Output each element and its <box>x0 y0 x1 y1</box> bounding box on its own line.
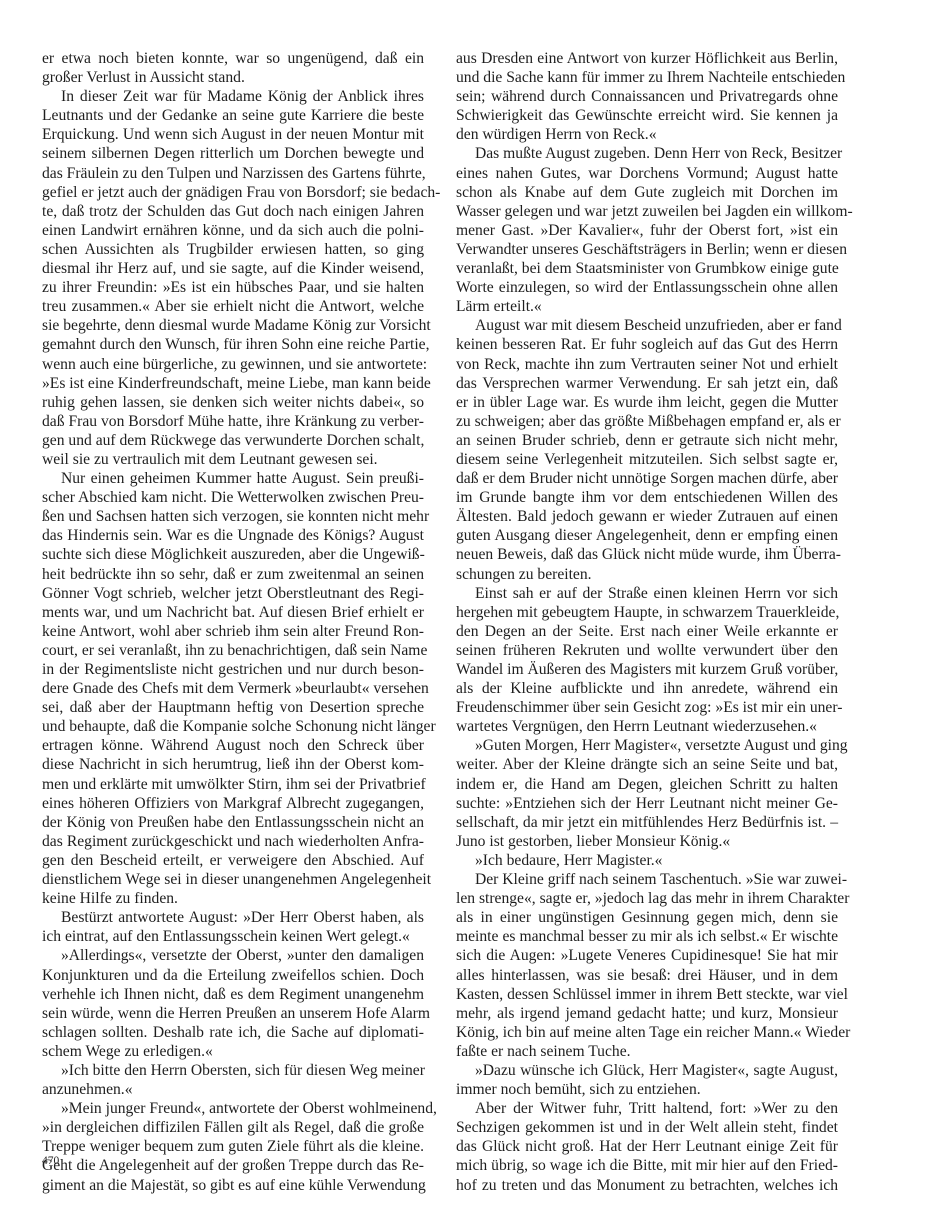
text-line: den würdigen Herrn von Reck.« <box>456 125 838 144</box>
text-line: aus Dresden eine Antwort von kurzer Höfl… <box>456 49 838 68</box>
text-line: Leutnants und der Gedanke an seine gute … <box>42 106 424 125</box>
text-line: seinen früheren Rekruten und wollte verw… <box>456 641 838 660</box>
text-line: Worte einzulegen, so wird der Entlassung… <box>456 278 838 297</box>
text-line: te, daß trotz der Schulden das Gut doch … <box>42 202 424 221</box>
paragraph-first-line: Aber der Witwer fuhr, Tritt haltend, for… <box>456 1099 838 1118</box>
text-line: zu schweigen; aber das größte Mißbehagen… <box>456 412 838 431</box>
text-line: und die Sache kann für immer zu Ihrem Na… <box>456 68 838 87</box>
text-line: mener Gast. »Der Kavalier«, fuhr der Obe… <box>456 221 838 240</box>
paragraph-first-line: August war mit diesem Bescheid unzufried… <box>456 316 838 335</box>
paragraph-first-line: »Ich bitte den Herrn Obersten, sich für … <box>42 1061 424 1080</box>
text-line: daß Frau von Borsdorf Mühe hatte, ihre K… <box>42 412 424 431</box>
text-line: veranlaßt, bei dem Staatsminister von Gr… <box>456 259 838 278</box>
paragraph-first-line: »Dazu wünsche ich Glück, Herr Magister«,… <box>456 1061 838 1080</box>
text-line: ich eintrat, auf den Entlassungsschein k… <box>42 927 424 946</box>
text-line: keine Antwort, wohl aber schrieb ihm sei… <box>42 622 424 641</box>
text-line: eines nahen Gutes, war Dorchens Vormund;… <box>456 164 838 183</box>
text-line: sie begehrte, denn diesmal wurde Madame … <box>42 316 424 335</box>
text-line: Schwierigkeit das Gewünschte erreicht wi… <box>456 106 838 125</box>
text-line: in der Regimentsliste nicht gestrichen u… <box>42 660 424 679</box>
text-line: Sechzigen gekommen ist und in der Welt a… <box>456 1118 838 1137</box>
text-line: dere Gnade des Chefs mit dem Vermerk »be… <box>42 679 424 698</box>
text-line: hergehen mit gebeugtem Haupte, in schwar… <box>456 603 838 622</box>
paragraph-first-line: »Guten Morgen, Herr Magister«, versetzte… <box>456 736 838 755</box>
text-line: den Degen an der Seite. Erst nach einer … <box>456 622 838 641</box>
text-line: keinen besseren Rat. Er fuhr sogleich au… <box>456 335 838 354</box>
text-line: suchte sich diese Möglichkeit auszureden… <box>42 545 424 564</box>
text-line: keine Hilfe zu finden. <box>42 889 424 908</box>
text-line: Wasser gelegen und war jetzt zuweilen be… <box>456 202 838 221</box>
text-line: Konjunkturen und da die Erteilung zweife… <box>42 966 424 985</box>
text-line: der König von Preußen habe den Entlassun… <box>42 813 424 832</box>
paragraph-first-line: Einst sah er auf der Straße einen kleine… <box>456 584 838 603</box>
text-line: wenn auch eine bürgerliche, zu gewinnen,… <box>42 355 424 374</box>
text-line: hof zu treten und das Monument zu betrac… <box>456 1176 838 1195</box>
paragraph-first-line: »Ich bedaure, Herr Magister.« <box>456 851 838 870</box>
paragraph-first-line: Das mußte August zugeben. Denn Herr von … <box>456 144 838 163</box>
text-line: indem er, die Hand am Degen, gleichen Sc… <box>456 775 838 794</box>
text-line: heit bedrückte ihn so sehr, daß er zum z… <box>42 565 424 584</box>
text-line: das Regiment zurückgeschickt und nach wi… <box>42 832 424 851</box>
page-number: 470 <box>42 1155 59 1167</box>
text-line: schon als Knabe auf dem Gute zugleich mi… <box>456 183 838 202</box>
text-line: das Versprechen warmer Verwendung. Er sa… <box>456 374 838 393</box>
text-line: das Fräulein zu den Tulpen und Narzissen… <box>42 164 424 183</box>
text-line: das Hindernis sein. War es die Ungnade d… <box>42 526 424 545</box>
text-line: mich übrig, so wage ich die Bitte, mit m… <box>456 1156 838 1175</box>
paragraph-first-line: Nur einen geheimen Kummer hatte August. … <box>42 469 424 488</box>
text-line: gen und auf dem Rückwege das verwunderte… <box>42 431 424 450</box>
text-line: treu zusammen.« Aber sie erhielt nicht d… <box>42 297 424 316</box>
text-line: immer noch bemüht, sich zu entziehen. <box>456 1080 838 1099</box>
text-line: men und erklärte mit umwölkter Stirn, ih… <box>42 775 424 794</box>
text-line: diesem seine Verlegenheit mitzuteilen. S… <box>456 450 838 469</box>
text-line: gen den Bescheid erteilt, er verweigere … <box>42 851 424 870</box>
paragraph-first-line: Bestürzt antwortete August: »Der Herr Ob… <box>42 908 424 927</box>
text-line: gefiel er jetzt auch der gnädigen Frau v… <box>42 183 424 202</box>
text-line: Erquickung. Und wenn sich August in der … <box>42 125 424 144</box>
text-line: einen Landwirt ernähren könne, und da si… <box>42 221 424 240</box>
text-line: sein würde, wenn die Herren Preußen an u… <box>42 1004 424 1023</box>
text-line: sein; während durch Connaissancen und Pr… <box>456 87 838 106</box>
text-line: Verwandter unseres Geschäftsträgers in B… <box>456 240 838 259</box>
text-line: mehr, als irgend jemand gedacht hatte; u… <box>456 1004 838 1023</box>
text-line: eines höheren Offiziers von Markgraf Alb… <box>42 794 424 813</box>
text-line: Ältesten. Bald jedoch gewann er wieder Z… <box>456 507 838 526</box>
text-line: Juno ist gestorben, lieber Monsieur Köni… <box>456 832 838 851</box>
text-line: »Es ist eine Kinderfreundschaft, meine L… <box>42 374 424 393</box>
text-line: suchte: »Entziehen sich der Herr Leutnan… <box>456 794 838 813</box>
text-line: ertragen könne. Während August noch den … <box>42 736 424 755</box>
text-line: anzunehmen.« <box>42 1080 424 1099</box>
text-line: sich die Augen: »Lugete Veneres Cupidine… <box>456 946 838 965</box>
text-line: er etwa noch bieten konnte, war so ungen… <box>42 49 424 68</box>
text-line: verhehle ich Ihnen nicht, daß es dem Reg… <box>42 985 424 1004</box>
text-line: ruhig gehen lassen, sie denken sich weit… <box>42 393 424 412</box>
text-line: diese Nachricht in sich herumtrug, ließ … <box>42 755 424 774</box>
text-line: gemahnt durch den Wunsch, für ihren Sohn… <box>42 335 424 354</box>
text-line: Gönner Vogt schrieb, welcher jetzt Obers… <box>42 584 424 603</box>
text-line: ments war, und um Nachricht bat. Auf die… <box>42 603 424 622</box>
text-line: giment an die Majestät, so gibt es auf e… <box>42 1176 424 1195</box>
text-line: und behaupte, daß die Kompanie solche Sc… <box>42 717 424 736</box>
right-text-column: aus Dresden eine Antwort von kurzer Höfl… <box>456 49 838 1195</box>
text-line: dienstlichem Wege sei in dieser unangene… <box>42 870 424 889</box>
paragraph-first-line: »Allerdings«, versetzte der Oberst, »unt… <box>42 946 424 965</box>
text-line: wartetes Vergnügen, den Herrn Leutnant w… <box>456 717 838 736</box>
text-line: court, er sei veranlaßt, ihn zu benachri… <box>42 641 424 660</box>
text-line: schem Wege zu erledigen.« <box>42 1042 424 1061</box>
text-line: Treppe weniger bequem zum guten Ziele fü… <box>42 1137 424 1156</box>
book-page: er etwa noch bieten konnte, war so ungen… <box>0 0 935 1210</box>
text-line: sei, daß aber der Hauptmann heftig von D… <box>42 698 424 717</box>
text-line: er in übler Lage war. Es wurde ihm leich… <box>456 393 838 412</box>
text-line: neuen Beweis, daß das Glück nicht müde w… <box>456 545 838 564</box>
text-line: sellschaft, da mir jetzt ein mitfühlende… <box>456 813 838 832</box>
text-line: Wandel im Äußeren des Magisters mit kurz… <box>456 660 838 679</box>
text-line: zu ihrer Freundin: »Es ist ein hübsches … <box>42 278 424 297</box>
text-line: König, ich bin auf meine alten Tage ein … <box>456 1023 838 1042</box>
text-line: weil sie zu vertraulich mit dem Leutnant… <box>42 450 424 469</box>
text-line: an seinen Bruder schrieb, denn er getrau… <box>456 431 838 450</box>
text-line: seinem silbernen Degen ritterlich um Dor… <box>42 144 424 163</box>
paragraph-first-line: Der Kleine griff nach seinem Taschentuch… <box>456 870 838 889</box>
text-line: scher Abschied kam nicht. Die Wetterwolk… <box>42 488 424 507</box>
text-line: len strenge«, sagte er, »jedoch lag das … <box>456 889 838 908</box>
text-line: großer Verlust in Aussicht stand. <box>42 68 424 87</box>
text-line: daß er dem Bruder nicht unnötige Sorgen … <box>456 469 838 488</box>
text-line: im Grunde bangte ihm vor dem entschieden… <box>456 488 838 507</box>
text-line: weiter. Aber der Kleine drängte sich an … <box>456 755 838 774</box>
paragraph-first-line: In dieser Zeit war für Madame König der … <box>42 87 424 106</box>
text-line: faßte er nach seinem Tuche. <box>456 1042 838 1061</box>
text-line: schlagen sollten. Deshalb rate ich, die … <box>42 1023 424 1042</box>
text-line: guten Ausgang dieser Angelegenheit, denn… <box>456 526 838 545</box>
text-line: diesmal ihr Herz auf, und sie sagte, auf… <box>42 259 424 278</box>
text-line: Kasten, dessen Schlüssel immer in ihrem … <box>456 985 838 1004</box>
text-line: das Glück nicht groß. Hat der Herr Leutn… <box>456 1137 838 1156</box>
text-line: als in einer ungünstigen Gesinnung gegen… <box>456 908 838 927</box>
text-line: als der Kleine aufblickte und ihn anrede… <box>456 679 838 698</box>
text-line: Lärm erteilt.« <box>456 297 838 316</box>
text-line: von Reck, machte ihn zum Vertrauten sein… <box>456 355 838 374</box>
paragraph-first-line: »Mein junger Freund«, antwortete der Obe… <box>42 1099 424 1118</box>
text-line: schungen zu bereiten. <box>456 565 838 584</box>
text-line: alles hinterlassen, was sie besaß: drei … <box>456 966 838 985</box>
text-line: schen Aussichten als Trugbilder erwiesen… <box>42 240 424 259</box>
text-line: Freudenschimmer über sein Gesicht zog: »… <box>456 698 838 717</box>
left-text-column: er etwa noch bieten konnte, war so ungen… <box>42 49 424 1195</box>
text-line: meinte es manchmal besser zu mir als ich… <box>456 927 838 946</box>
text-line: Geht die Angelegenheit auf der großen Tr… <box>42 1156 424 1175</box>
text-line: »in dergleichen diffizilen Fällen gilt a… <box>42 1118 424 1137</box>
text-line: ßen und Sachsen hatten sich verzogen, si… <box>42 507 424 526</box>
